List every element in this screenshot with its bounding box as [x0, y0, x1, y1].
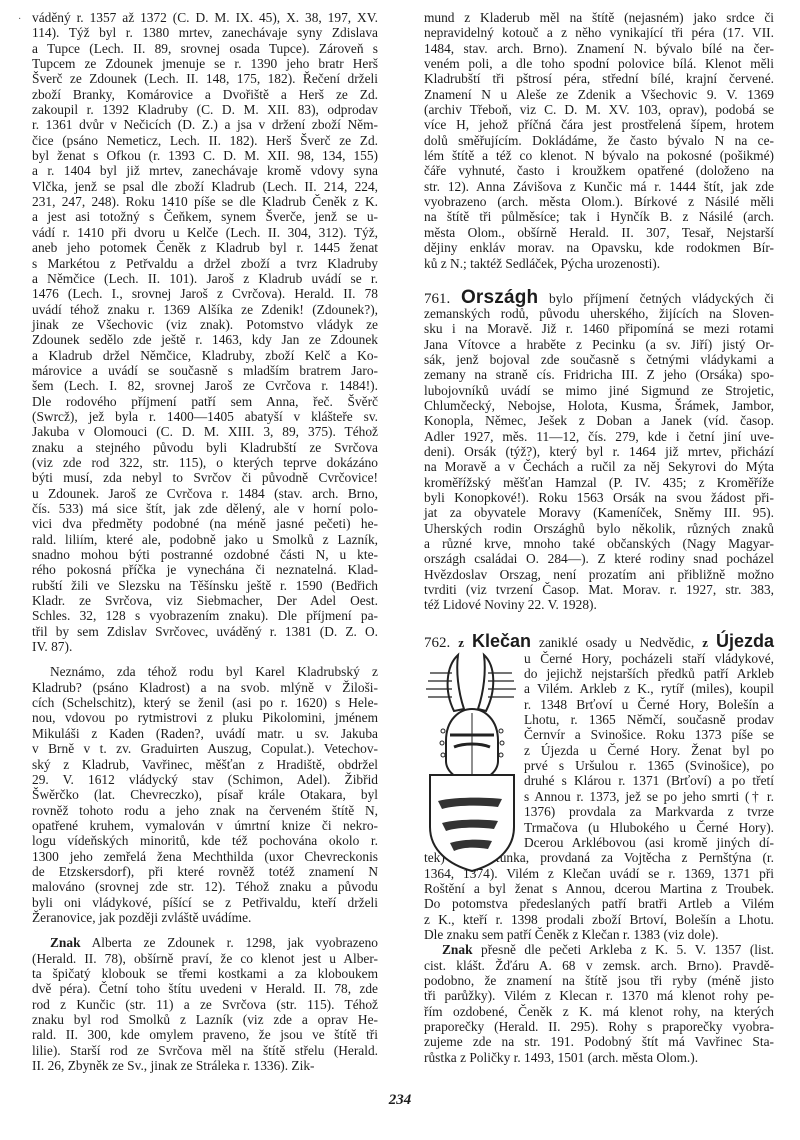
entry-762-wrapped: u Černé Hory, pocházeli staří vládykové,… — [424, 651, 774, 850]
text-line: nepravidelný kotouč a z něho vynikající … — [424, 25, 774, 40]
entry-762-mid: zaniklé osady u Nedvědic, — [531, 635, 702, 650]
text-line: rubští žili ve Slezsku na Těšínsku ještě… — [32, 578, 378, 593]
text-line: Kladrub? (psáno Kladrost) a na svob. mlý… — [32, 680, 378, 695]
text-line: 231, 247, 248). Roku 1410 píše se dle Kl… — [32, 194, 378, 209]
text-line: aneb jeho potomek Čeněk z Kladrub byl r.… — [32, 240, 378, 255]
text-line: IV. 87). — [32, 639, 378, 654]
entry-762-heading: 762. z Klečan zaniklé osady u Nedvědic, … — [424, 631, 774, 651]
text-line: ků z N.; taktéž Sedláček, Pýcha urozenos… — [424, 256, 774, 271]
text-line: rald. liliím, které ale, podobně jako u … — [32, 532, 378, 547]
text-line: uvádí téhož znaku r. 1369 Alšíka ze Zden… — [32, 302, 378, 317]
text-line: 29. V. 1612 vládycký stav (Schimon, Adel… — [32, 772, 378, 787]
text-line: deni). Orsák (týž?), který byl r. 1464 j… — [424, 444, 774, 459]
text-line: Do potomstva předeslaných patří bratři A… — [424, 896, 774, 911]
text-line: ský z Kladrub, Vavřinec, měšťan z Hradiš… — [32, 757, 378, 772]
text-line: országh családai O. 284—). Z které rodin… — [424, 551, 774, 566]
entry-762: 762. z Klečan zaniklé osady u Nedvědic, … — [424, 631, 774, 1065]
text-line: opatřené kruhem, vymalován v úmrtní kniz… — [32, 818, 378, 833]
text-line: a jest asi totožný s Čeňkem, synem Šverč… — [32, 209, 378, 224]
entry-762-number: 762. — [424, 635, 450, 651]
text-line: jat za obyvatele Moravy (Kameníček, Sněm… — [424, 505, 774, 520]
text-line: váděný r. 1357 až 1372 (C. D. M. IX. 45)… — [32, 10, 378, 25]
text-line: 1484, stav. arch. Brno). Znamení N. býva… — [424, 41, 774, 56]
entry-761-name: Országh — [461, 287, 538, 308]
text-line: lilie). Starší rod ze Svrčova měl na ští… — [32, 1043, 378, 1058]
text-line: Kladrubští tři pštrosí péra, střední bíl… — [424, 71, 774, 86]
text-line: Hvězdoslav Orszag, není prozatím ani při… — [424, 567, 774, 582]
text-line: cist. klášt. Žďáru A. 68 v zemsk. arch. … — [424, 958, 774, 973]
entry-761-first-line: bylo příjmení četných vládyckých či — [538, 291, 774, 306]
text-line: a Tupce (Lech. II. 89, srovnej osada Tup… — [32, 41, 378, 56]
text-line: Kladr. ze Svrčova, viz Siebmacher, Der A… — [32, 593, 378, 608]
text-line: čáře vyhnuté, často i kroužkem opatřené … — [424, 163, 774, 178]
text-line: (Herald. II. 78), obšírně praví, že co k… — [32, 951, 378, 966]
text-line: šem (Lech. I. 82, srovnej Jaroš ze Cvrčo… — [32, 378, 378, 393]
entry-761: 761. Országh bylo příjmení četných vlády… — [424, 289, 774, 613]
text-line: Vlčka, jenž se psal dle zboží Kladrub (L… — [32, 179, 378, 194]
text-line: mund z Kladerub měl na štítě (nejasném) … — [424, 10, 774, 25]
margin-dot: · — [18, 14, 21, 25]
entry-762-znak: Znak přesně dle pečeti Arkleba z K. 5. V… — [424, 942, 774, 1065]
text-line: veném poli, a dle toho spodní polovice b… — [424, 56, 774, 71]
coat-of-arms-icon — [424, 651, 520, 873]
text-line: praporečky (Herald. II. 295). Rohy s pra… — [424, 1019, 774, 1034]
text-line: II. 26, Zbyněk ze Sv., jinak ze Stráleka… — [32, 1058, 378, 1073]
text-line: (viz zde rod 322, str. 115), o kterých t… — [32, 455, 378, 470]
left-para-3-znak: Znak Alberta ze Zdounek r. 1298, jak vyo… — [32, 935, 378, 1073]
text-line: Roštění a byl ženat s Annou, dcerou Mart… — [424, 881, 774, 896]
znak-keyword: Znak — [442, 942, 473, 957]
text-line: rého pokosná příčka je vynechána či nezn… — [32, 562, 378, 577]
text-line: Tupcem ze Zdounek jmenuje se r. 1390 jeh… — [32, 56, 378, 71]
text-line: 1300 jeho zemřelá žena Mechthilda (uxor … — [32, 849, 378, 864]
entry-761-heading: 761. Országh bylo příjmení četných vlády… — [424, 289, 774, 306]
text-line: tři parůžky). Vilém z Klecan r. 1370 má … — [424, 988, 774, 1003]
entry-762-name-2: Újezda — [716, 631, 774, 651]
text-line: Znak přesně dle pečeti Arkleba z K. 5. V… — [424, 942, 774, 957]
left-column: váděný r. 1357 až 1372 (C. D. M. IX. 45)… — [32, 10, 378, 1073]
text-line: Znak Alberta ze Zdounek r. 1298, jak vyo… — [32, 935, 378, 950]
text-line: znaku byl rod Smolků z Lazník (viz zde a… — [32, 1012, 378, 1027]
text-line: zakoupil r. 1392 Kladruby (C. D. M. XII.… — [32, 102, 378, 117]
text-line: dvě péra). Četní toho štítu uvedeni v He… — [32, 981, 378, 996]
text-line: nou, vdovou po rytmistrovi z pluku Pikol… — [32, 710, 378, 725]
right-column: mund z Kladerub měl na štítě (nejasném) … — [424, 10, 774, 1065]
text-line: Šwěrčko (lat. Chevreczko), písař krále O… — [32, 787, 378, 802]
text-line: sku i na Moravě. Již r. 1460 připomíná s… — [424, 321, 774, 336]
text-line: snadno mohou býti postranné ozdobné část… — [32, 547, 378, 562]
text-line: Chlumčecký, Nebojse, Holota, Kusma, Šrám… — [424, 398, 774, 413]
text-line: 1476 (Lech. I., srovnej Jaroš z Cvrčova)… — [32, 286, 378, 301]
page-number: 234 — [0, 1092, 800, 1109]
text-line: zboží Branky, Komárovice a Dvořiště a He… — [32, 87, 378, 102]
text-line: str. 12). Anna Závišova z Kunčic má r. 1… — [424, 179, 774, 194]
text-line: na štítě tři půlměsíce; tak i Hynčík B. … — [424, 209, 774, 224]
text-line: podobno, že znamení na štítě jsou tři ry… — [424, 973, 774, 988]
text-line: Jana Vítovce a hraběte z Pecinku (a sv. … — [424, 337, 774, 352]
text-line: ta špičatý klobouk se třemi kostkami a z… — [32, 966, 378, 981]
text-line: rod z Kunčic (str. 11) a ze Svrčova (str… — [32, 997, 378, 1012]
text-line: de Etzskersdorf), při které rovněž totéž… — [32, 864, 378, 879]
text-line: vádí r. 1410 při dvoru u Kelče (Lech. II… — [32, 225, 378, 240]
text-line: rald. II. 300, kde omylem praveno, že js… — [32, 1027, 378, 1042]
text-line: třil by sem Zdislav Svrčovec, uváděný r.… — [32, 624, 378, 639]
text-line: r. 1361 dvůr v Nečicích (D. Z.) a jsa v … — [32, 117, 378, 132]
text-line: s Markétou z Petřvaldu a držel zboží a t… — [32, 256, 378, 271]
text-line: Mikuláši z Kaden (Raden?, uvádí matr. u … — [32, 726, 378, 741]
text-line: Neznámo, zda téhož rodu byl Karel Kladru… — [32, 664, 378, 679]
text-line: Jakuba v Olomouci (C. D. M. XIII. 3, 89,… — [32, 424, 378, 439]
text-line: 114). Týž byl r. 1380 mrtev, zanechávaje… — [32, 25, 378, 40]
text-line: dějiny enkláv morav. na Opavsku, kde rod… — [424, 240, 774, 255]
left-para-2: Neznámo, zda téhož rodu byl Karel Kladru… — [32, 664, 378, 925]
text-line: byli Konopkové!). Roku 1563 Orsák na svo… — [424, 490, 774, 505]
text-line: a Němčice (Lech. II. 101). Jaroš z Kladr… — [32, 271, 378, 286]
text-line: byli oni vládykové, píšící se z Petřival… — [32, 895, 378, 910]
text-line: čice (psáno Nemeticz, Lech. II. 182). He… — [32, 133, 378, 148]
text-line: vyobrazeno (arch. města Olom.). Bírkové … — [424, 194, 774, 209]
text-line: Žeranovice, jak později zvláště uvádíme. — [32, 910, 378, 925]
text-line: růstka z Poličky r. 1493, 1501 (arch. mě… — [424, 1050, 774, 1065]
text-line: lubojovníků uvádí se mimo jiné Sigmund z… — [424, 383, 774, 398]
text-line: (Swrcž), jež byla r. 1400—1405 abatyší v… — [32, 409, 378, 424]
text-line: z K., kteří r. 1398 prodali zboží Brtoví… — [424, 912, 774, 927]
text-line: dolů směřujícím. Dokládáme, že často býv… — [424, 133, 774, 148]
text-line: řím ozdobené, Čeněk z K. má klenot rohy,… — [424, 1004, 774, 1019]
text-line: města Olom., obšírně Herald. II. 307, Te… — [424, 225, 774, 240]
text-line: též Lidové Noviny 22. V. 1928). — [424, 597, 774, 612]
text-line: více H, jehož příčná čára jest prostřele… — [424, 117, 774, 132]
text-line: sák, jenž bojoval zde současně s četnými… — [424, 352, 774, 367]
text-line: Šverč ze Zdounek (Lech. II. 148, 175, 18… — [32, 71, 378, 86]
text-line: (archiv Třeboň, viz C. D. M. XV. 103, op… — [424, 102, 774, 117]
text-line: a různé krve, mnoho také občanských (Nag… — [424, 536, 774, 551]
text-line: býti musí, zda nebyl to Svrčov či původn… — [32, 470, 378, 485]
entry-761-number: 761. — [424, 291, 450, 307]
text-line: Adler 1927, měs. 11—12, čís. 279, kde i … — [424, 429, 774, 444]
text-line: Konopla, Němec, Ješek z Doban a Janek (v… — [424, 413, 774, 428]
text-line: u Zdounek. Jaroš ze Cvrčova r. 1484 (sta… — [32, 486, 378, 501]
text-line: čís. 533) má sice štít, jak zde dělený, … — [32, 501, 378, 516]
text-line: lém štítě a též co klenot. N bývalo na p… — [424, 148, 774, 163]
text-line: vici dva předměty podobné (na méně jasné… — [32, 516, 378, 531]
text-line: a r. 1404 byl již mrtev, zanechávaje kro… — [32, 163, 378, 178]
entry-761-body: zemanských rodů, původu uherského, žijíc… — [424, 306, 774, 613]
text-line: logu vídeňských minoritů, kde též pochov… — [32, 833, 378, 848]
text-line: márovice a uvádí se současně s mladším b… — [32, 363, 378, 378]
text-line: Dle rodového příjmení patří sem Anna, ře… — [32, 394, 378, 409]
text-line: zemany na straně cís. Fridricha III. Z j… — [424, 367, 774, 382]
text-line: rovněž tohoto rodu a jeho znak na červen… — [32, 803, 378, 818]
entry-762-prefix: z — [458, 635, 464, 650]
text-line: a Kladrub držel Němčice, Kladruby, zboží… — [32, 348, 378, 363]
entry-762-name: Klečan — [472, 631, 531, 651]
text-line: znaku a stejného původu byli Kladrubští … — [32, 440, 378, 455]
text-line: jinak ze Všechovic (viz znak). Potomstvo… — [32, 317, 378, 332]
text-line: tvrditi (viz tvrzení Časop. Mat. Morav. … — [424, 582, 774, 597]
text-line: Schles. 32, 128 s vyobrazením znaku). Dl… — [32, 608, 378, 623]
text-line: malováno (srovnej zde str. 12). Téhož zn… — [32, 879, 378, 894]
text-line: cích (Schelschitz), který se ženil (asi … — [32, 695, 378, 710]
text-line: Znamení N u Aleše ze Zdenik a Všechovic … — [424, 87, 774, 102]
text-line: kroměřížský měšťan Hamzal (P. IV. 435; z… — [424, 475, 774, 490]
znak-keyword: Znak — [50, 935, 81, 950]
right-para-1: mund z Kladerub měl na štítě (nejasném) … — [424, 10, 774, 271]
text-line: byl ženat s Ofkou (r. 1393 C. D. M. XII.… — [32, 148, 378, 163]
text-line: na Moravě a v Čechách a ručil za něj Sek… — [424, 459, 774, 474]
text-fragment: přesně dle pečeti Arkleba z K. 5. V. 135… — [473, 942, 774, 957]
entry-762-prefix-2: z — [702, 635, 708, 650]
text-fragment: Alberta ze Zdounek r. 1298, jak vyobraze… — [81, 935, 378, 950]
text-line: zujeme zde na str. 191. Podobný štít má … — [424, 1034, 774, 1049]
text-line: Zdounek sedělo zde ještě r. 1463, kdy Ja… — [32, 332, 378, 347]
text-line: Uherských rodin Országhů bylo několik, r… — [424, 521, 774, 536]
text-line: zemanských rodů, původu uherského, žijíc… — [424, 306, 774, 321]
text-line: Dle znaku sem patří Čeněk z Klečan r. 13… — [424, 927, 774, 942]
text-line: v Brně v t. zv. Graduirten Auszug, Copul… — [32, 741, 378, 756]
left-para-1: váděný r. 1357 až 1372 (C. D. M. IX. 45)… — [32, 10, 378, 654]
